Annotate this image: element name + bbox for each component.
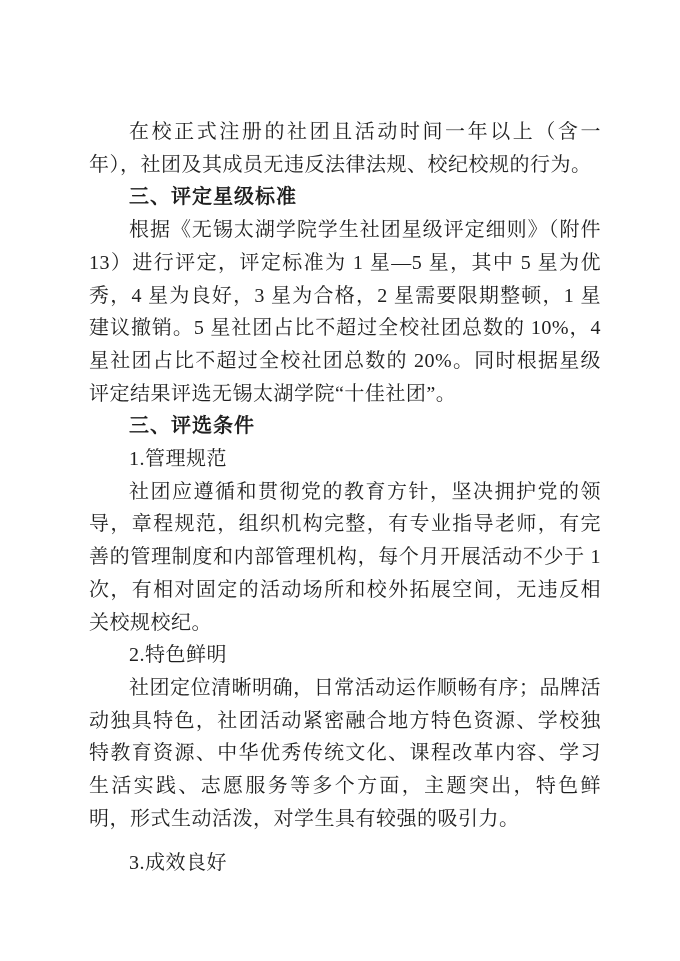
subheading-distinctive-features: 2.特色鲜明 [89,639,601,672]
heading-selection-criteria: 三、评选条件 [89,410,601,443]
heading-star-rating-standard: 三、评定星级标准 [89,181,601,214]
paragraph-distinctive-features: 社团定位清晰明确，日常活动运作顺畅有序；品牌活动独具特色，社团活动紧密融合地方特… [89,672,601,836]
subheading-good-results: 3.成效良好 [89,847,601,880]
document-content: 在校正式注册的社团且活动时间一年以上（含一年），社团及其成员无违反法律法规、校纪… [89,116,601,880]
document-page: 在校正式注册的社团且活动时间一年以上（含一年），社团及其成员无违反法律法规、校纪… [0,0,680,961]
paragraph-rating-details: 根据《无锡太湖学院学生社团星级评定细则》（附件 13）进行评定，评定标准为 1 … [89,214,601,410]
paragraph-registration-eligibility: 在校正式注册的社团且活动时间一年以上（含一年），社团及其成员无违反法律法规、校纪… [89,116,601,181]
paragraph-management-standard: 社团应遵循和贯彻党的教育方针，坚决拥护党的领导，章程规范，组织机构完整，有专业指… [89,476,601,640]
subheading-management-standard: 1.管理规范 [89,443,601,476]
